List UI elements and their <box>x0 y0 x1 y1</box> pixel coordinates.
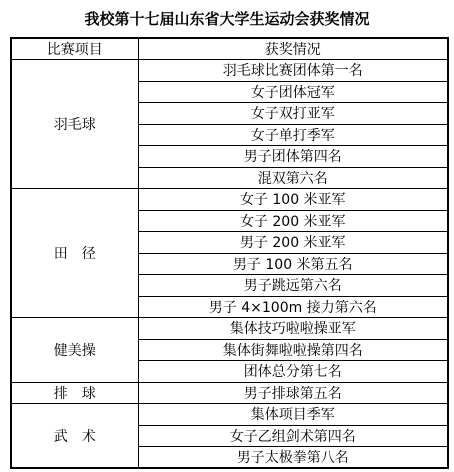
table-row: 武 术集体项目季军 <box>11 404 448 426</box>
award-cell: 男子跳远第六名 <box>138 275 448 297</box>
awards-table: 比赛项目 获奖情况 羽毛球羽毛球比赛团体第一名女子团体冠军女子双打亚军女子单打季… <box>10 37 449 469</box>
event-name-cell: 羽毛球 <box>11 60 138 189</box>
table-row: 田 径女子 100 米亚军 <box>11 189 448 211</box>
event-name-cell: 健美操 <box>11 318 138 383</box>
document-page: 我校第十七届山东省大学生运动会获奖情况 比赛项目 获奖情况 羽毛球羽毛球比赛团体… <box>0 0 454 472</box>
table-row: 排 球男子排球第五名 <box>11 382 448 404</box>
award-cell: 混双第六名 <box>138 167 448 189</box>
award-cell: 团体总分第七名 <box>138 361 448 383</box>
award-cell: 男子团体第四名 <box>138 146 448 168</box>
award-cell: 女子 200 米亚军 <box>138 210 448 232</box>
document-title: 我校第十七届山东省大学生运动会获奖情况 <box>0 8 454 29</box>
table-row: 健美操集体技巧啦啦操亚军 <box>11 318 448 340</box>
table-row: 羽毛球羽毛球比赛团体第一名 <box>11 60 448 82</box>
event-name-cell: 武 术 <box>11 404 138 469</box>
award-cell: 男子 4×100m 接力第六名 <box>138 296 448 318</box>
column-header-awards: 获奖情况 <box>138 38 448 60</box>
column-header-event: 比赛项目 <box>11 38 138 60</box>
award-cell: 羽毛球比赛团体第一名 <box>138 60 448 82</box>
award-cell: 女子双打亚军 <box>138 103 448 125</box>
award-cell: 男子 100 米第五名 <box>138 253 448 275</box>
award-cell: 男子 200 米亚军 <box>138 232 448 254</box>
award-cell: 女子团体冠军 <box>138 81 448 103</box>
award-cell: 女子单打季军 <box>138 124 448 146</box>
award-cell: 集体技巧啦啦操亚军 <box>138 318 448 340</box>
event-name-cell: 排 球 <box>11 382 138 404</box>
award-cell: 集体项目季军 <box>138 404 448 426</box>
event-name-cell: 田 径 <box>11 189 138 318</box>
award-cell: 女子 100 米亚军 <box>138 189 448 211</box>
award-cell: 男子排球第五名 <box>138 382 448 404</box>
award-cell: 女子乙组剑术第四名 <box>138 425 448 447</box>
table-header-row: 比赛项目 获奖情况 <box>11 38 448 60</box>
award-cell: 男子太极拳第八名 <box>138 447 448 469</box>
award-cell: 集体街舞啦啦操第四名 <box>138 339 448 361</box>
awards-table-body: 羽毛球羽毛球比赛团体第一名女子团体冠军女子双打亚军女子单打季军男子团体第四名混双… <box>11 60 448 469</box>
